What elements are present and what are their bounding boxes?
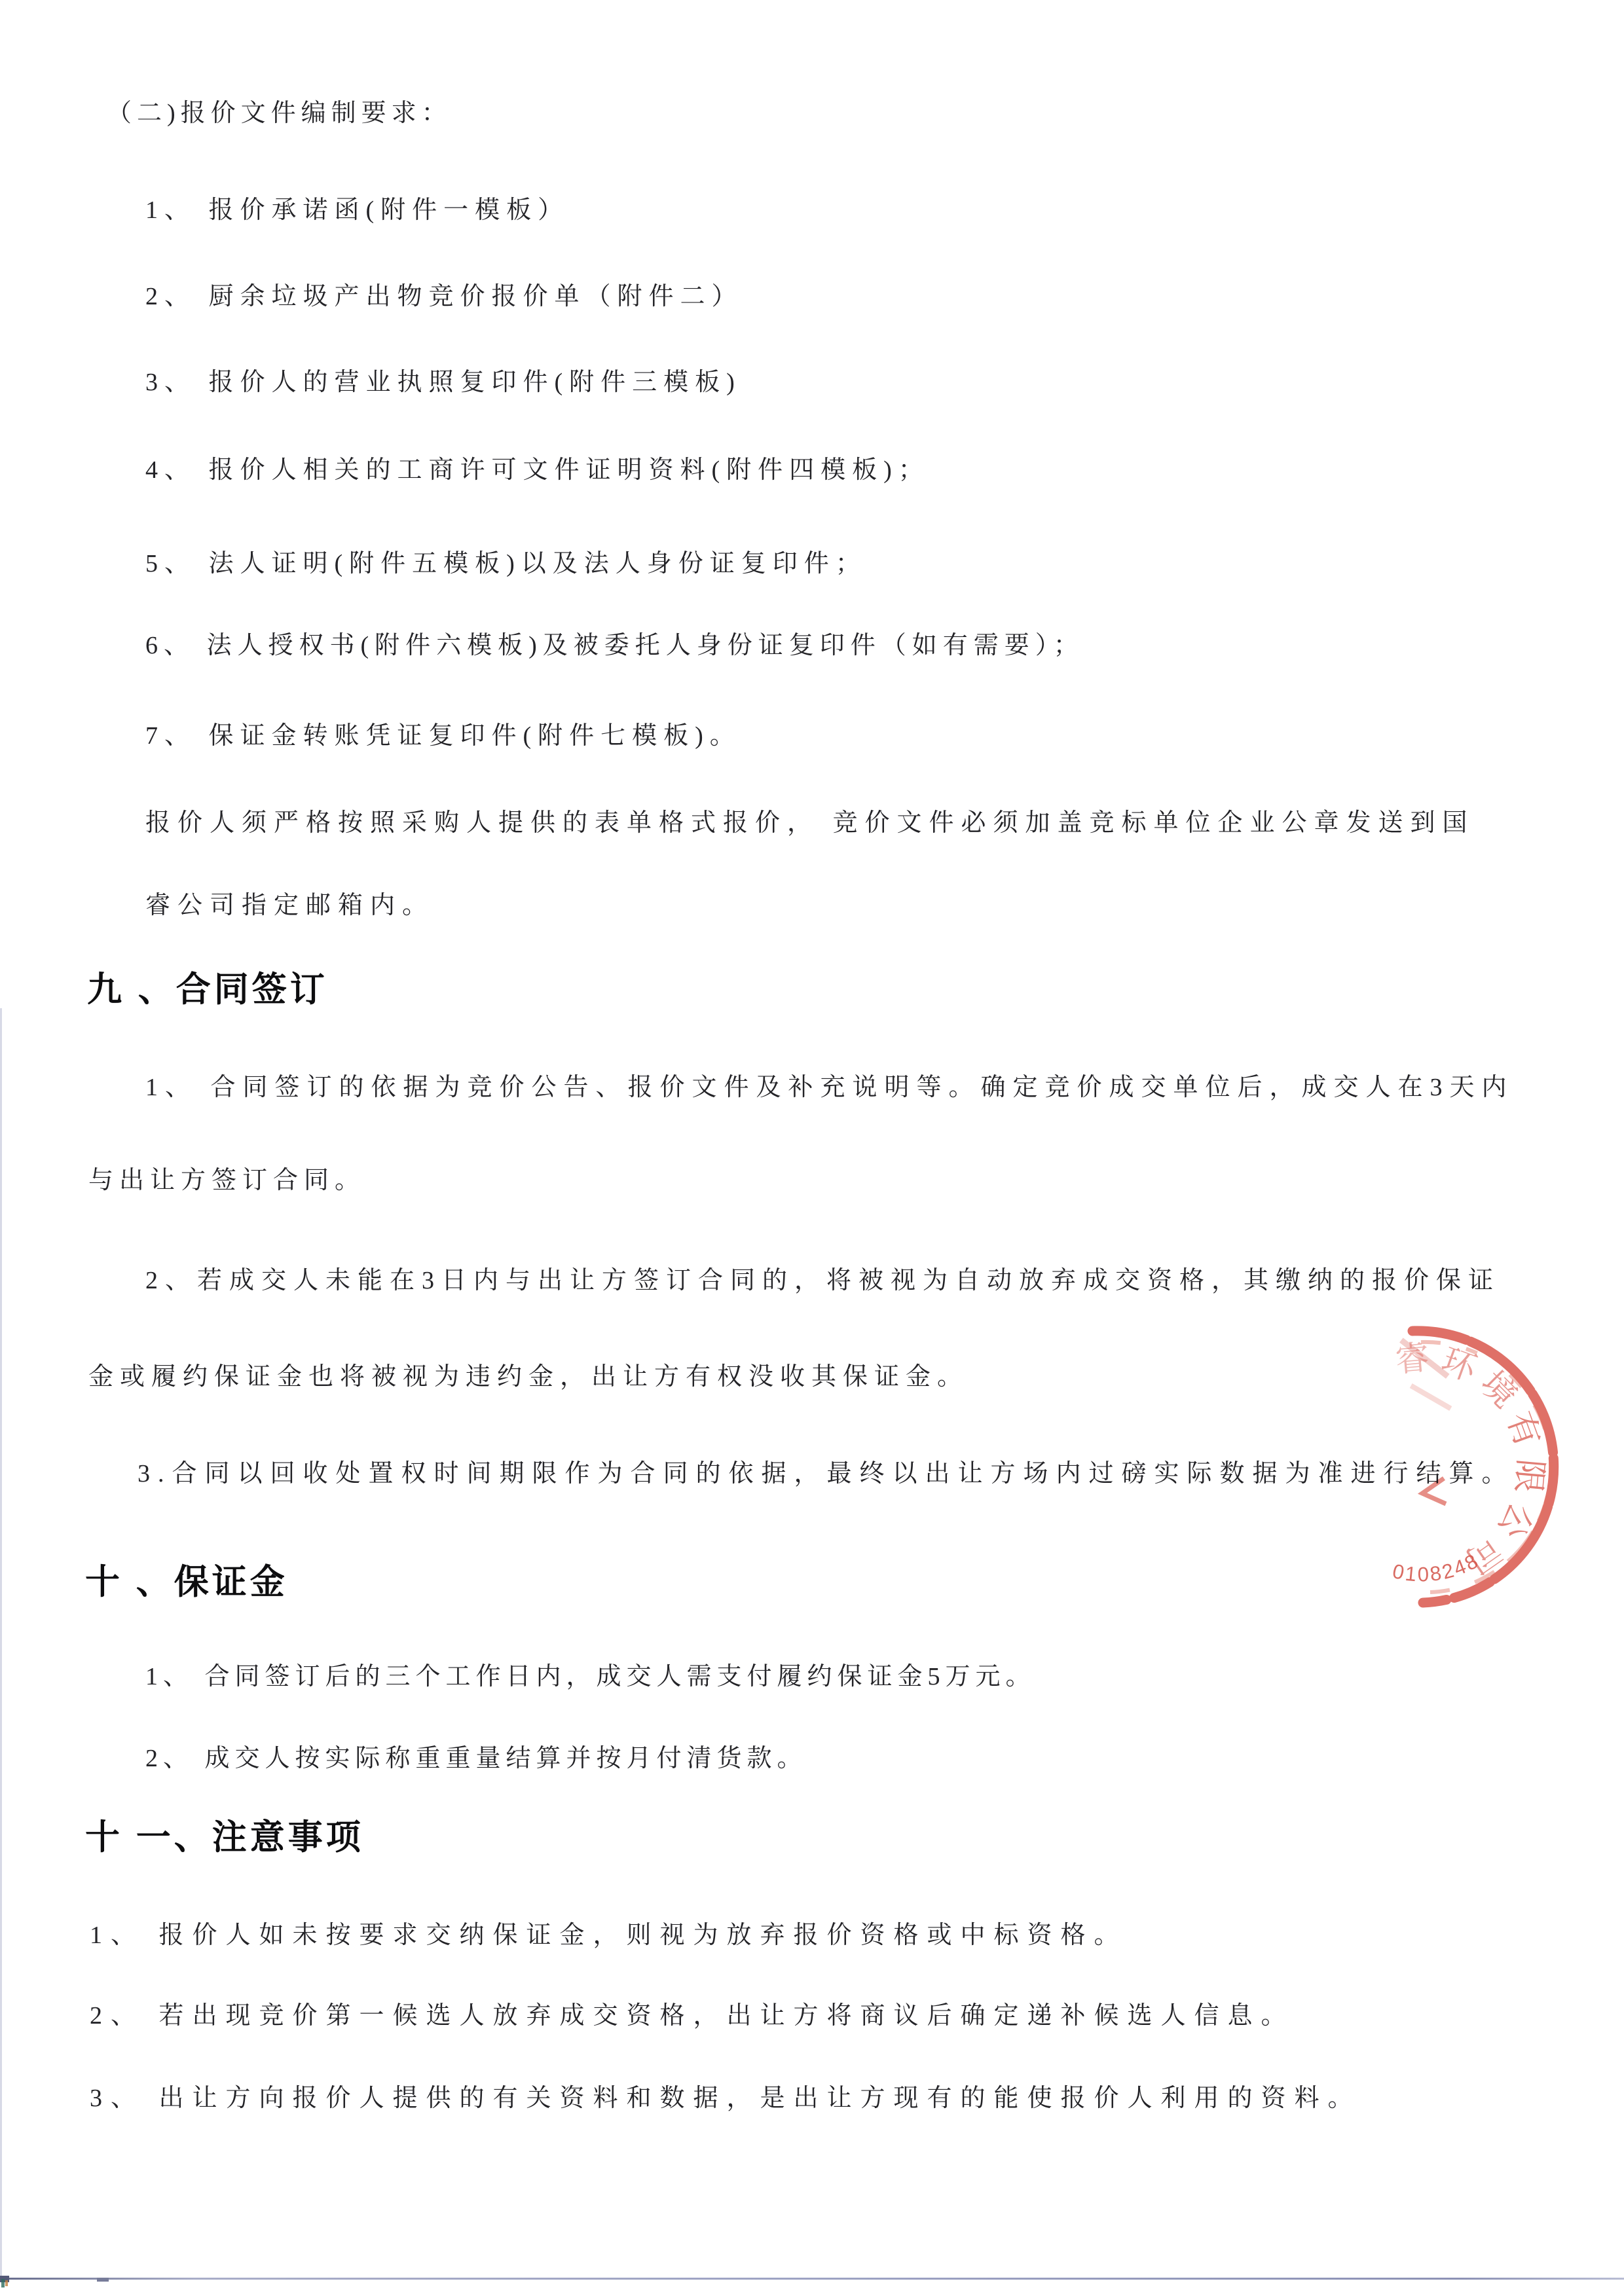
company-stamp: 睿 环 境 有 限 公 司 0108248 bbox=[1257, 1293, 1624, 1660]
list-item: 3、 报价人的营业执照复印件(附件三模板) bbox=[145, 369, 741, 397]
list-item: 7、 保证金转账凭证复印件(附件七模板)。 bbox=[145, 722, 741, 751]
list-item: 1、 报价人如未按要求交纳保证金，则视为放弃报价资格或中标资格。 bbox=[90, 1922, 1128, 1950]
list-item: 1、 合同签订后的三个工作日内，成交人需支付履约保证金5万元。 bbox=[145, 1663, 1036, 1692]
para-line: 1、 合同签订的依据为竞价公告、报价文件及补充说明等。确定竞价成交单位后，成交人… bbox=[145, 1074, 1514, 1102]
list-item: 5、 法人证明(附件五模板)以及法人身份证复印件； bbox=[145, 550, 867, 579]
para-line: 2、若成交人未能在3日内与出让方签订合同的，将被视为自动放弃成交资格，其缴纳的报… bbox=[145, 1267, 1500, 1296]
document-page: （二)报价文件编制要求： 1、 报价承诺函(附件一模板） 2、 厨余垃圾产出物竞… bbox=[0, 0, 1624, 2296]
list-item: 6、 法人授权书(附件六模板)及被委托人身份证复印件（如有需要）； bbox=[145, 632, 1084, 661]
stamp-character: 限 bbox=[1509, 1457, 1549, 1495]
list-item: 2、 若出现竞价第一候选人放弃成交资格，出让方将商议后确定递补候选人信息。 bbox=[90, 2002, 1295, 2031]
scan-artifact bbox=[1, 2279, 5, 2287]
para-line: 睿公司指定邮箱内。 bbox=[145, 892, 434, 920]
para-line: 金或履约保证金也将被视为违约金，出让方有权没收其保证金。 bbox=[88, 1363, 969, 1392]
stamp-serial-number: 0108248 bbox=[1390, 1548, 1483, 1586]
scan-edge-line-left bbox=[0, 1008, 2, 2280]
list-item: 1、 报价承诺函(附件一模板） bbox=[145, 196, 569, 225]
para-line: （二)报价文件编制要求： bbox=[107, 100, 452, 128]
scan-edge-line-bottom bbox=[0, 2278, 1624, 2280]
section-heading-9: 九 、合同签订 bbox=[87, 971, 328, 1009]
section-heading-10: 十 、保证金 bbox=[85, 1563, 288, 1601]
scan-artifact bbox=[5, 2280, 8, 2286]
list-item: 2、 成交人按实际称重重量结算并按月付清货款。 bbox=[145, 1745, 807, 1774]
stamp-smudge bbox=[1410, 1383, 1452, 1411]
para-line: 与出让方签订合同。 bbox=[88, 1167, 365, 1195]
para-line: 报价人须严格按照采购人提供的表单格式报价， 竞价文件必须加盖竞标单位企业公章发送… bbox=[145, 809, 1475, 838]
section-heading-11: 十 一、注意事项 bbox=[85, 1819, 364, 1857]
list-item: 2、 厨余垃圾产出物竞价报价单（附件二） bbox=[145, 283, 743, 312]
list-item: 3、 出让方向报价人提供的有关资料和数据，是出让方现有的能使报价人利用的资料。 bbox=[90, 2085, 1361, 2113]
stamp-arrow-mark bbox=[1422, 1478, 1446, 1504]
list-item: 4、 报价人相关的工商许可文件证明资料(附件四模板)； bbox=[145, 456, 930, 485]
scan-artifact bbox=[97, 2278, 109, 2282]
